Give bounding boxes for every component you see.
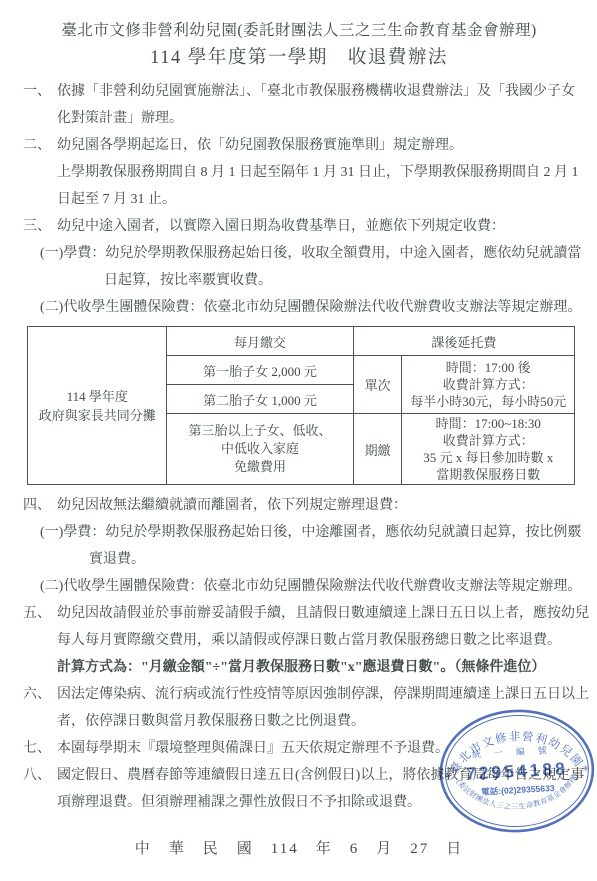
fee-table-left-line-1: 114 學年度 <box>28 387 166 406</box>
item-6-line-1: 六、因法定傳染病、流行病或流行性疫情等原因強制停課，停課期間連續達上課日五日以上 <box>23 681 575 708</box>
item-1-line-2: 化對策計畫」辦理。 <box>23 105 575 132</box>
fee-second-child-cell: 第二胎子女 1,000 元 <box>167 385 353 414</box>
stamp-phone: 電話:(02)29355633 <box>481 782 555 797</box>
single-calc-label: 收費計算方式： <box>402 376 574 393</box>
period-calc-label: 收費計算方式： <box>402 432 574 449</box>
fee-table-header-row: 114 學年度 政府與家長共同分攤 每月繳交 課後延托費 <box>28 327 575 356</box>
single-calc-rate: 每半小時30元，每小時50元 <box>402 393 574 410</box>
item-2-line-1: 二、幼兒園各學期起迄日，依「幼兒園教保服務實施準則」規定辦理。 <box>23 132 575 159</box>
item-5-number: 五、 <box>23 600 57 627</box>
org-stamp: 臺北市文修非營利幼兒園 (委託財團法人三之三生命教育基金會辦理) 統一編號 72… <box>434 703 597 844</box>
document-page: 臺北市文修非營利幼兒園(委託財團法人三之三生命教育基金會辦理) 114 學年度第… <box>0 0 597 881</box>
item-2-line-3: 日起至 7 月 31 止。 <box>23 186 575 213</box>
page-title-subject: 114 學年度第一學期 收退費辦法 <box>23 44 575 73</box>
fee-period-detail-cell: 時間：17:00~18:30 收費計算方式： 35 元 x 每日參加時數 x 當… <box>402 414 575 485</box>
item-1-line-1: 一、依據「非營利幼兒園實施辦法」、「臺北市教保服務機構收退費辦法」及「我國少子女 <box>23 78 575 105</box>
fee-table-header-monthly: 每月繳交 <box>167 327 353 356</box>
period-time: 時間：17:00~18:30 <box>402 415 574 432</box>
period-calc-rate-2: 當期教保服務日數 <box>402 466 574 483</box>
item-5-line-1: 五、幼兒因故請假並於事前辦妥請假手續，且請假日數連續達上課日五日以上者，應按幼兒 <box>23 600 575 627</box>
single-time: 時間：17:00 後 <box>402 359 574 376</box>
period-calc-rate-1: 35 元 x 每日參加時數 x <box>402 449 574 466</box>
fee-table-header-afterschool: 課後延托費 <box>353 327 574 356</box>
item-4-sub-1-line-2: 實退費。 <box>23 546 575 573</box>
item-3-sub-1-line-1: (一)學費：幼兒於學期教保服務起始日後，收取全額費用，中途入園者，應依幼兒就讀當 <box>23 240 575 267</box>
item-5-formula: 計算方式為："月繳金額"÷"當月教保服務日數"x"應退費日數"。（無條件進位） <box>23 654 575 681</box>
fee-table: 114 學年度 政府與家長共同分攤 每月繳交 課後延托費 第一胎子女 2,000… <box>27 326 575 485</box>
item-2-line-2: 上學期教保服務期間自 8 月 1 日起至隔年 1 月 31 日止，下學期教保服務… <box>23 159 575 186</box>
fee-third-child-cell: 第三胎以上子女、低收、 中低收入家庭 免繳費用 <box>167 414 353 485</box>
stamp-id-number: 72954188 <box>465 758 568 783</box>
item-3-sub-1-line-2: 日起算，按比率覈實收費。 <box>23 267 575 294</box>
item-6-number: 六、 <box>23 681 57 708</box>
item-3-number: 三、 <box>23 213 57 240</box>
item-4-sub-1-line-1: (一)學費：幼兒於學期教保服務起始日後，中途離園者，應依幼兒就讀日起算，按比例覈 <box>23 519 575 546</box>
item-3-sub-2: (二)代收學生團體保險費：依臺北市幼兒團體保險辦法代收代辦費收支辦法等規定辦理。 <box>23 294 575 321</box>
item-2-number: 二、 <box>23 132 57 159</box>
item-4-sub-2: (二)代收學生團體保險費：依臺北市幼兒團體保險辦法代收代辦費收支辦法等規定辦理。 <box>23 573 575 600</box>
stamp-flower-right-icon: ✳ <box>582 763 591 773</box>
fee-table-left-line-2: 政府與家長共同分攤 <box>28 406 166 425</box>
fee-period-label-cell: 期繳 <box>353 414 402 485</box>
item-1-number: 一、 <box>23 78 57 105</box>
page-title-org: 臺北市文修非營利幼兒園(委託財團法人三之三生命教育基金會辦理) <box>23 18 575 44</box>
fee-single-detail-cell: 時間：17:00 後 收費計算方式： 每半小時30元，每小時50元 <box>402 356 575 414</box>
fee-table-left-cell: 114 學年度 政府與家長共同分攤 <box>28 327 167 485</box>
fee-first-child-cell: 第一胎子女 2,000 元 <box>167 356 353 385</box>
item-5-line-2: 每人每月實際繳交費用，乘以請假或停課日數占當月教保服務總日數之比率退費。 <box>23 627 575 654</box>
stamp-flower-left-icon: ✳ <box>444 770 453 780</box>
item-3-line-1: 三、幼兒中途入園者，以實際入園日期為收費基準日，並應依下列規定收費： <box>23 213 575 240</box>
item-4-line-1: 四、幼兒因故無法繼續就讀而離園者，依下列規定辦理退費： <box>23 492 575 519</box>
fee-single-label-cell: 單次 <box>353 356 402 414</box>
item-4-number: 四、 <box>23 492 57 519</box>
item-8-number: 八、 <box>23 762 57 789</box>
item-7-number: 七、 <box>23 735 57 762</box>
